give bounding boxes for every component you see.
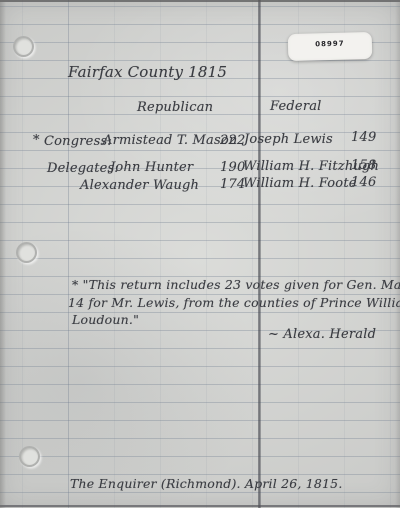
delegates-republican-votes-1: 190 <box>220 160 245 175</box>
congress-republican-votes: 222 <box>220 133 245 148</box>
scanned-ledger-page: 08997 Fairfax County 1815 Republican Fed… <box>0 0 400 508</box>
scan-bottom-edge <box>0 505 400 507</box>
delegates-federal-candidate-2: William H. Foote <box>243 176 357 191</box>
congress-republican-candidate: Armistead T. Mason <box>103 133 237 148</box>
scan-top-edge <box>0 0 400 2</box>
footnote-line-1: * "This return includes 23 votes given f… <box>72 277 400 292</box>
source-citation: The Enquirer (Richmond). April 26, 1815. <box>70 476 343 491</box>
scan-right-edge <box>395 0 400 508</box>
footnote-line-2: 14 for Mr. Lewis, from the counties of P… <box>68 295 400 310</box>
delegates-office-label: Delegates: <box>47 161 119 176</box>
delegates-republican-candidate-1: John Hunter <box>110 160 193 175</box>
delegates-republican-votes-2: 174 <box>220 177 245 192</box>
page-title: Fairfax County 1815 <box>68 63 227 81</box>
congress-federal-votes: 149 <box>351 130 376 145</box>
congress-federal-candidate: Joseph Lewis <box>244 132 333 147</box>
scan-left-edge <box>0 0 6 508</box>
punch-hole-bottom <box>19 446 40 467</box>
column-header-republican: Republican <box>137 100 213 115</box>
punch-hole-middle <box>16 242 37 263</box>
delegates-federal-votes-2: 146 <box>351 175 376 190</box>
delegates-republican-candidate-2: Alexander Waugh <box>80 178 199 193</box>
footnote-line-3: Loudoun." <box>72 312 139 327</box>
footnote-attribution: ~ Alexa. Herald <box>268 327 376 342</box>
party-column-divider-line <box>258 0 261 508</box>
congress-office-label: Congress: <box>44 134 112 149</box>
punch-hole-top <box>13 36 34 57</box>
congress-footnote-marker: * <box>33 133 40 148</box>
column-header-federal: Federal <box>270 99 322 114</box>
delegates-federal-votes-1: 158 <box>351 158 376 173</box>
catalog-number-sticker: 08997 <box>288 32 373 61</box>
catalog-number: 08997 <box>315 40 345 49</box>
